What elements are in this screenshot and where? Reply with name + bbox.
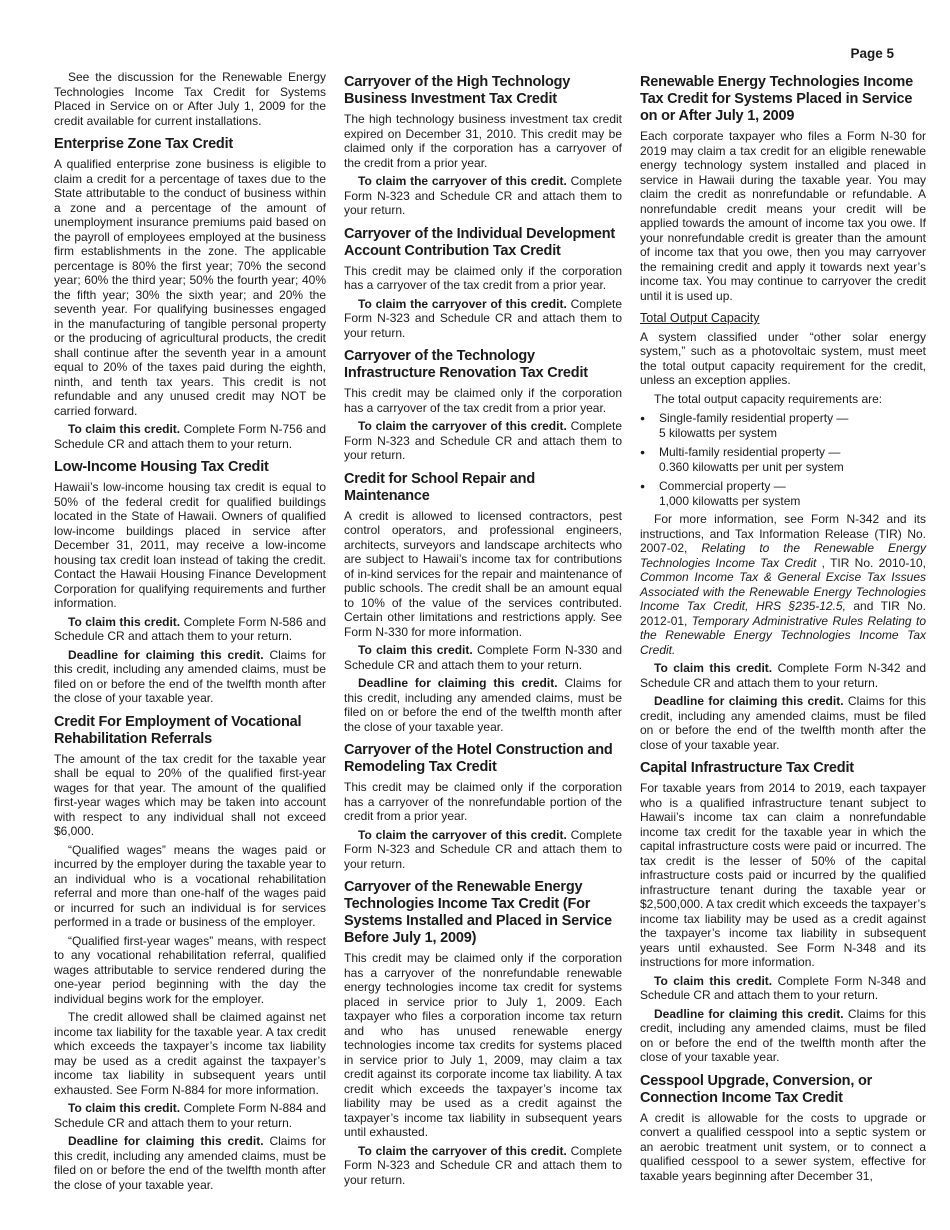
- underlined-subheading-text: Total Output Capacity: [640, 311, 760, 325]
- body-text: “Qualified wages” means the wages paid o…: [54, 843, 326, 930]
- paragraph: This credit may be claimed only if the c…: [344, 386, 622, 415]
- body-text: This credit may be claimed only if the c…: [344, 386, 622, 415]
- bullet-text: Single-family residential property —5 ki…: [659, 411, 926, 440]
- bold-lead-text: Deadline for claiming this credit.: [358, 676, 558, 690]
- section-heading: Carryover of the High Technology Busines…: [344, 74, 622, 108]
- section-heading: Carryover of the Technology Infrastructu…: [344, 348, 622, 382]
- paragraph: Deadline for claiming this credit. Claim…: [640, 694, 926, 752]
- paragraph: To claim this credit. Complete Form N-75…: [54, 422, 326, 451]
- paragraph: Deadline for claiming this credit. Claim…: [640, 1007, 926, 1065]
- paragraph: To claim the carryover of this credit. C…: [344, 828, 622, 872]
- paragraph: A credit is allowed to licensed contract…: [344, 509, 622, 640]
- bold-lead-text: To claim this credit.: [654, 974, 772, 988]
- bold-lead-text: To claim this credit.: [68, 1101, 180, 1115]
- bold-lead-text: Deadline for claiming this credit.: [654, 694, 844, 708]
- body-text: Hawaii’s low-income housing tax credit i…: [54, 480, 326, 610]
- paragraph: Hawaii’s low-income housing tax credit i…: [54, 480, 326, 611]
- paragraph: Deadline for claiming this credit. Claim…: [54, 1134, 326, 1192]
- bullet-line: 1,000 kilowatts per system: [659, 494, 800, 508]
- bold-lead-text: To claim this credit.: [68, 422, 180, 436]
- paragraph: To claim this credit. Complete Form N-58…: [54, 615, 326, 644]
- paragraph: To claim the carryover of this credit. C…: [344, 297, 622, 341]
- paragraph: Each corporate taxpayer who files a Form…: [640, 129, 926, 303]
- section-heading: Carryover of the Individual Development …: [344, 226, 622, 260]
- paragraph: To claim the carryover of this credit. C…: [344, 174, 622, 218]
- column-left: See the discussion for the Renewable Ene…: [54, 66, 326, 1192]
- paragraph: To claim the carryover of this credit. C…: [344, 419, 622, 463]
- paragraph: This credit may be claimed only if the c…: [344, 264, 622, 293]
- section-heading: Carryover of the Renewable Energy Techno…: [344, 879, 622, 947]
- underlined-subheading: Total Output Capacity: [640, 311, 926, 326]
- paragraph: To claim this credit. Complete Form N-88…: [54, 1101, 326, 1130]
- body-text: This credit may be claimed only if the c…: [344, 780, 622, 823]
- section-heading: Credit for School Repair and Maintenance: [344, 471, 622, 505]
- section-heading: Enterprise Zone Tax Credit: [54, 136, 326, 153]
- paragraph: “Qualified wages” means the wages paid o…: [54, 843, 326, 930]
- bullet-item: ●Multi-family residential property —0.36…: [640, 445, 926, 474]
- bold-lead-text: To claim this credit.: [358, 643, 473, 657]
- bullet-item: ●Commercial property —1,000 kilowatts pe…: [640, 479, 926, 508]
- paragraph: This credit may be claimed only if the c…: [344, 951, 622, 1140]
- bullet-icon: ●: [640, 445, 659, 474]
- section-heading: Low-Income Housing Tax Credit: [54, 459, 326, 476]
- bold-lead-text: Deadline for claiming this credit.: [68, 648, 264, 662]
- body-text: The total output capacity requirements a…: [654, 392, 882, 406]
- paragraph: To claim this credit. Complete Form N-34…: [640, 661, 926, 690]
- bold-lead-text: Deadline for claiming this credit.: [654, 1007, 844, 1021]
- bullet-line: 5 kilowatts per system: [659, 426, 777, 440]
- bold-lead-text: To claim this credit.: [654, 661, 772, 675]
- body-text: This credit may be claimed only if the c…: [344, 264, 622, 293]
- bold-lead-text: Deadline for claiming this credit.: [68, 1134, 264, 1148]
- section-heading: Cesspool Upgrade, Conversion, or Connect…: [640, 1073, 926, 1107]
- bullet-line: Commercial property —: [659, 479, 786, 493]
- paragraph: This credit may be claimed only if the c…: [344, 780, 622, 824]
- column-middle: Carryover of the High Technology Busines…: [344, 66, 622, 1192]
- body-text: The credit allowed shall be claimed agai…: [54, 1010, 326, 1097]
- paragraph: A qualified enterprise zone business is …: [54, 157, 326, 418]
- paragraph: To claim this credit. Complete Form N-33…: [344, 643, 622, 672]
- bullet-text: Commercial property —1,000 kilowatts per…: [659, 479, 926, 508]
- body-text: The high technology business investment …: [344, 112, 622, 170]
- section-heading: Capital Infrastructure Tax Credit: [640, 760, 926, 777]
- bullet-line: Multi-family residential property —: [659, 445, 840, 459]
- paragraph: For taxable years from 2014 to 2019, eac…: [640, 781, 926, 970]
- paragraph: “Qualified first-year wages” means, with…: [54, 934, 326, 1007]
- bullet-line: Single-family residential property —: [659, 411, 848, 425]
- paragraph: The high technology business investment …: [344, 112, 622, 170]
- section-heading: Renewable Energy Technologies Income Tax…: [640, 74, 926, 125]
- document-page: Page 5 See the discussion for the Renewa…: [0, 0, 950, 1230]
- paragraph: The total output capacity requirements a…: [640, 392, 926, 407]
- column-right: Renewable Energy Technologies Income Tax…: [640, 66, 926, 1192]
- body-text: Each corporate taxpayer who files a Form…: [640, 129, 926, 303]
- bullet-item: ●Single-family residential property —5 k…: [640, 411, 926, 440]
- bold-lead-text: To claim the carryover of this credit.: [358, 1144, 567, 1158]
- paragraph: See the discussion for the Renewable Ene…: [54, 70, 326, 128]
- page-number: Page 5: [850, 46, 894, 61]
- body-text: The amount of the tax credit for the tax…: [54, 752, 326, 839]
- paragraph: To claim the carryover of this credit. C…: [344, 1144, 622, 1188]
- body-text: A credit is allowable for the costs to u…: [640, 1111, 926, 1183]
- bold-lead-text: To claim this credit.: [68, 615, 180, 629]
- paragraph: A credit is allowable for the costs to u…: [640, 1111, 926, 1184]
- paragraph: The credit allowed shall be claimed agai…: [54, 1010, 326, 1097]
- body-text: For taxable years from 2014 to 2019, eac…: [640, 781, 926, 969]
- bullet-icon: ●: [640, 479, 659, 508]
- bullet-icon: ●: [640, 411, 659, 440]
- section-heading: Credit For Employment of Vocational Reha…: [54, 714, 326, 748]
- body-text: This credit may be claimed only if the c…: [344, 951, 622, 1139]
- paragraph: To claim this credit. Complete Form N-34…: [640, 974, 926, 1003]
- paragraph: Deadline for claiming this credit. Claim…: [344, 676, 622, 734]
- body-text: A qualified enterprise zone business is …: [54, 157, 326, 418]
- body-text: “Qualified first-year wages” means, with…: [54, 934, 326, 1006]
- bullet-list: ●Single-family residential property —5 k…: [640, 411, 926, 508]
- body-text: A system classified under “other solar e…: [640, 330, 926, 388]
- body-text: See the discussion for the Renewable Ene…: [54, 70, 326, 128]
- section-heading: Carryover of the Hotel Construction and …: [344, 742, 622, 776]
- paragraph: A system classified under “other solar e…: [640, 330, 926, 388]
- paragraph: Deadline for claiming this credit. Claim…: [54, 648, 326, 706]
- bold-lead-text: To claim the carryover of this credit.: [358, 419, 567, 433]
- bold-lead-text: To claim the carryover of this credit.: [358, 174, 567, 188]
- bullet-line: 0.360 kilowatts per unit per system: [659, 460, 844, 474]
- bullet-text: Multi-family residential property —0.360…: [659, 445, 926, 474]
- body-text: A credit is allowed to licensed contract…: [344, 509, 622, 639]
- columns-container: See the discussion for the Renewable Ene…: [0, 0, 950, 1192]
- paragraph: The amount of the tax credit for the tax…: [54, 752, 326, 839]
- bold-lead-text: To claim the carryover of this credit.: [358, 297, 567, 311]
- body-text: , TIR No. 2010-10,: [822, 556, 926, 570]
- paragraph: For more information, see Form N-342 and…: [640, 512, 926, 657]
- bold-lead-text: To claim the carryover of this credit.: [358, 828, 567, 842]
